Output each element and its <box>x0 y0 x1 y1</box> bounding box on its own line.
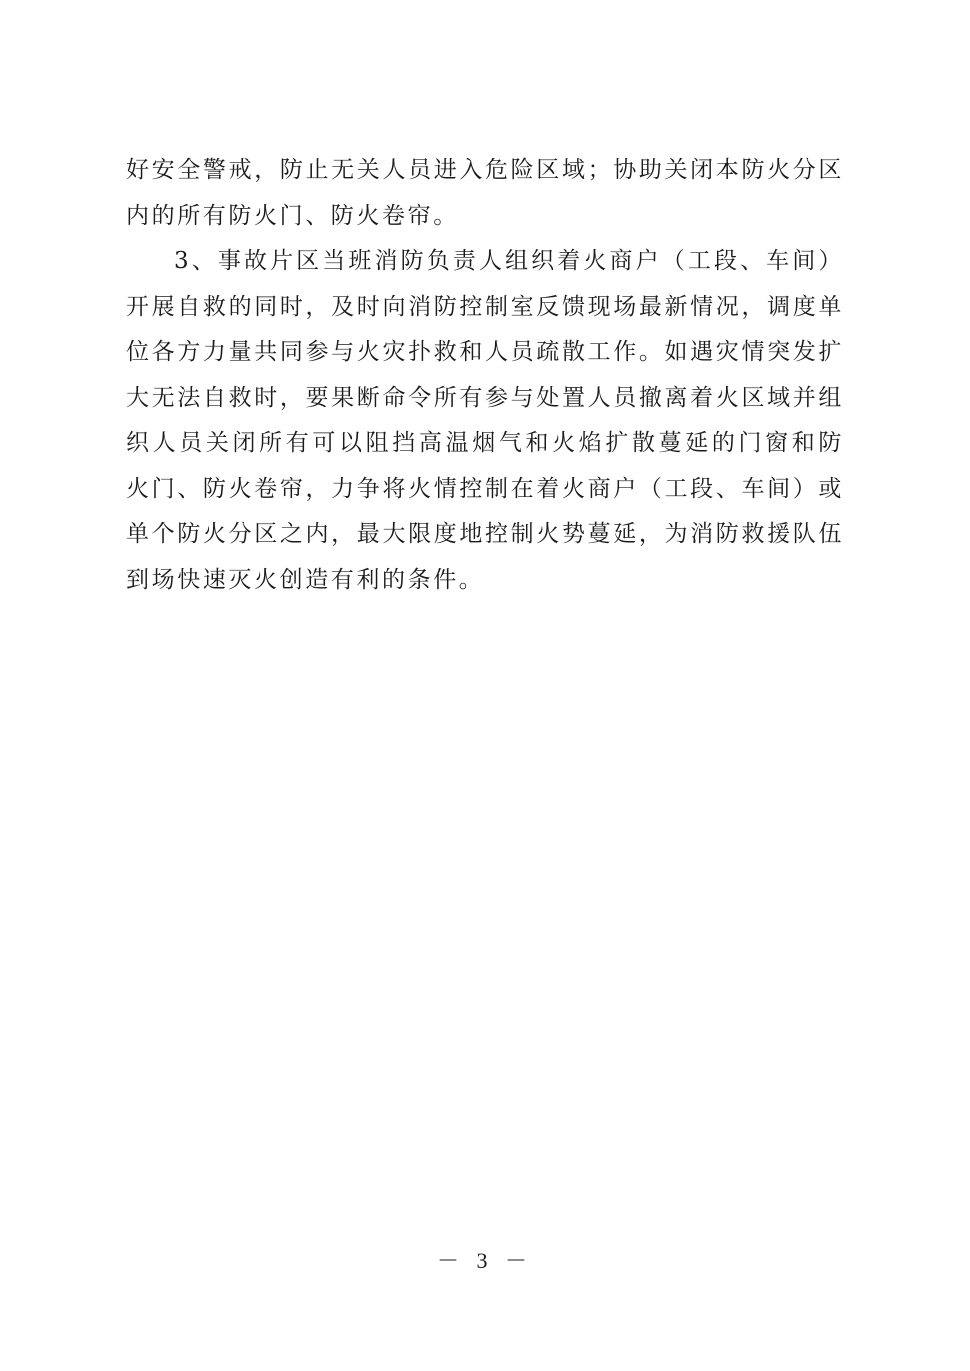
text-line: 大无法自救时，要果断命令所有参与处置人员撤离着火区域并组 <box>126 376 844 422</box>
text-line: 开展自救的同时，及时向消防控制室反馈现场最新情况，调度单 <box>126 285 844 331</box>
page-number: － 3 － <box>0 1244 970 1275</box>
text-line: 好安全警戒，防止无关人员进入危险区域；协助关闭本防火分区 <box>126 148 844 194</box>
text-line: 到场快速灭火创造有利的条件。 <box>126 558 844 604</box>
document-body: 好安全警戒，防止无关人员进入危险区域；协助关闭本防火分区 内的所有防火门、防火卷… <box>126 148 844 603</box>
text-line: 织人员关闭所有可以阻挡高温烟气和火焰扩散蔓延的门窗和防 <box>126 421 844 467</box>
document-page: 好安全警戒，防止无关人员进入危险区域；协助关闭本防火分区 内的所有防火门、防火卷… <box>0 0 970 1371</box>
text-line: 3、事故片区当班消防负责人组织着火商户（工段、车间） <box>126 239 844 285</box>
paragraph-continuation: 好安全警戒，防止无关人员进入危险区域；协助关闭本防火分区 内的所有防火门、防火卷… <box>126 148 844 239</box>
text-line: 内的所有防火门、防火卷帘。 <box>126 194 844 240</box>
text-line: 位各方力量共同参与火灾扑救和人员疏散工作。如遇灾情突发扩 <box>126 330 844 376</box>
paragraph-item-3: 3、事故片区当班消防负责人组织着火商户（工段、车间） 开展自救的同时，及时向消防… <box>126 239 844 603</box>
text-line: 单个防火分区之内，最大限度地控制火势蔓延，为消防救援队伍 <box>126 512 844 558</box>
text-line: 火门、防火卷帘，力争将火情控制在着火商户（工段、车间）或 <box>126 467 844 513</box>
